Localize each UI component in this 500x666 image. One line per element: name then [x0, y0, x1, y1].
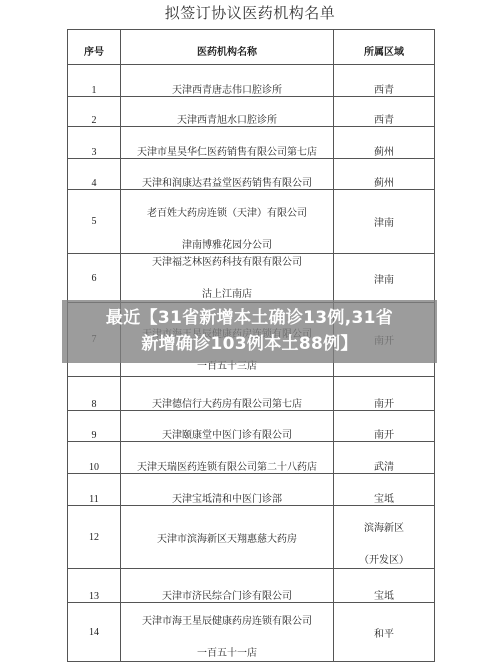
- row-area-line: 滨海新区: [334, 522, 434, 536]
- row-name-line: 天津福芝林医药科技有限有限公司: [121, 256, 333, 270]
- row-area: 南开: [334, 377, 435, 411]
- row-name: 天津天瑞医药连锁有限公司第二十八药店: [121, 442, 334, 474]
- table-row: 6 天津福芝林医药科技有限有限公司 沽上江南店 津南: [68, 254, 435, 303]
- row-area: 宝坻: [334, 569, 435, 603]
- row-no: 6: [68, 254, 121, 303]
- table-row: 9 天津颐康堂中医门诊有限公司 南开: [68, 411, 435, 442]
- row-area-line: （开发区）: [334, 554, 434, 568]
- table-row: 13 天津市济民综合门诊有限公司 宝坻: [68, 569, 435, 603]
- row-name: 天津和润康达君益堂医药销售有限公司: [121, 159, 334, 190]
- row-no: 10: [68, 442, 121, 474]
- row-no: 1: [68, 65, 121, 97]
- row-no: 13: [68, 569, 121, 603]
- table-row: 3 天津市星昊华仁医药销售有限公司第七店 蓟州: [68, 127, 435, 159]
- document-title: 拟签订协议医药机构名单: [0, 2, 500, 23]
- headline-overlay-banner[interactable]: 最近【31省新增本土确诊13例,31省 新增确诊103例本土88例】: [62, 300, 437, 363]
- row-name: 天津西青唐志伟口腔诊所: [121, 65, 334, 97]
- row-area: 宝坻: [334, 474, 435, 506]
- row-area: 津南: [334, 190, 435, 254]
- table-row: 10 天津天瑞医药连锁有限公司第二十八药店 武清: [68, 442, 435, 474]
- row-name: 天津颐康堂中医门诊有限公司: [121, 411, 334, 442]
- row-area: 西青: [334, 65, 435, 97]
- row-no: 2: [68, 97, 121, 127]
- row-area: 南开: [334, 411, 435, 442]
- row-name: 天津市济民综合门诊有限公司: [121, 569, 334, 603]
- table-row: 8 天津德信行大药房有限公司第七店 南开: [68, 377, 435, 411]
- table-row: 11 天津宝坻清和中医门诊部 宝坻: [68, 474, 435, 506]
- row-no: 3: [68, 127, 121, 159]
- row-name: 天津西青旭水口腔诊所: [121, 97, 334, 127]
- row-area: 武清: [334, 442, 435, 474]
- row-area: 蓟州: [334, 159, 435, 190]
- table-header-row: 序号 医药机构名称 所属区域: [68, 30, 435, 65]
- row-name-line: 天津市海王星辰健康药房连锁有限公司: [121, 615, 333, 629]
- row-name-line: 一百五十一店: [121, 647, 333, 661]
- table-row: 5 老百姓大药房连锁（天津）有限公司 津南博雅花园分公司 津南: [68, 190, 435, 254]
- table-row: 1 天津西青唐志伟口腔诊所 西青: [68, 65, 435, 97]
- row-no: 9: [68, 411, 121, 442]
- row-name: 天津福芝林医药科技有限有限公司 沽上江南店: [121, 254, 334, 303]
- table-row: 14 天津市海王星辰健康药房连锁有限公司 一百五十一店 和平: [68, 603, 435, 662]
- table-row: 12 天津市滨海新区天翔惠慈大药房 滨海新区 （开发区）: [68, 506, 435, 569]
- header-name: 医药机构名称: [121, 30, 334, 65]
- row-no: 12: [68, 506, 121, 569]
- row-no: 5: [68, 190, 121, 254]
- table-row: 2 天津西青旭水口腔诊所 西青: [68, 97, 435, 127]
- table-row: 4 天津和润康达君益堂医药销售有限公司 蓟州: [68, 159, 435, 190]
- row-name: 天津德信行大药房有限公司第七店: [121, 377, 334, 411]
- row-area: 滨海新区 （开发区）: [334, 506, 435, 569]
- header-no: 序号: [68, 30, 121, 65]
- row-area: 津南: [334, 254, 435, 303]
- row-no: 8: [68, 377, 121, 411]
- headline-line-1: 最近【31省新增本土确诊13例,31省: [62, 305, 437, 331]
- headline-line-2: 新增确诊103例本土88例】: [62, 331, 437, 357]
- row-name: 天津市星昊华仁医药销售有限公司第七店: [121, 127, 334, 159]
- row-name: 天津宝坻清和中医门诊部: [121, 474, 334, 506]
- row-name: 老百姓大药房连锁（天津）有限公司 津南博雅花园分公司: [121, 190, 334, 254]
- row-name-line: 津南博雅花园分公司: [121, 239, 333, 253]
- row-area: 蓟州: [334, 127, 435, 159]
- row-area: 西青: [334, 97, 435, 127]
- row-name: 天津市滨海新区天翔惠慈大药房: [121, 506, 334, 569]
- header-area: 所属区域: [334, 30, 435, 65]
- row-name-line: 老百姓大药房连锁（天津）有限公司: [121, 207, 333, 221]
- row-area: 和平: [334, 603, 435, 662]
- row-no: 14: [68, 603, 121, 662]
- row-no: 11: [68, 474, 121, 506]
- row-no: 4: [68, 159, 121, 190]
- row-name: 天津市海王星辰健康药房连锁有限公司 一百五十一店: [121, 603, 334, 662]
